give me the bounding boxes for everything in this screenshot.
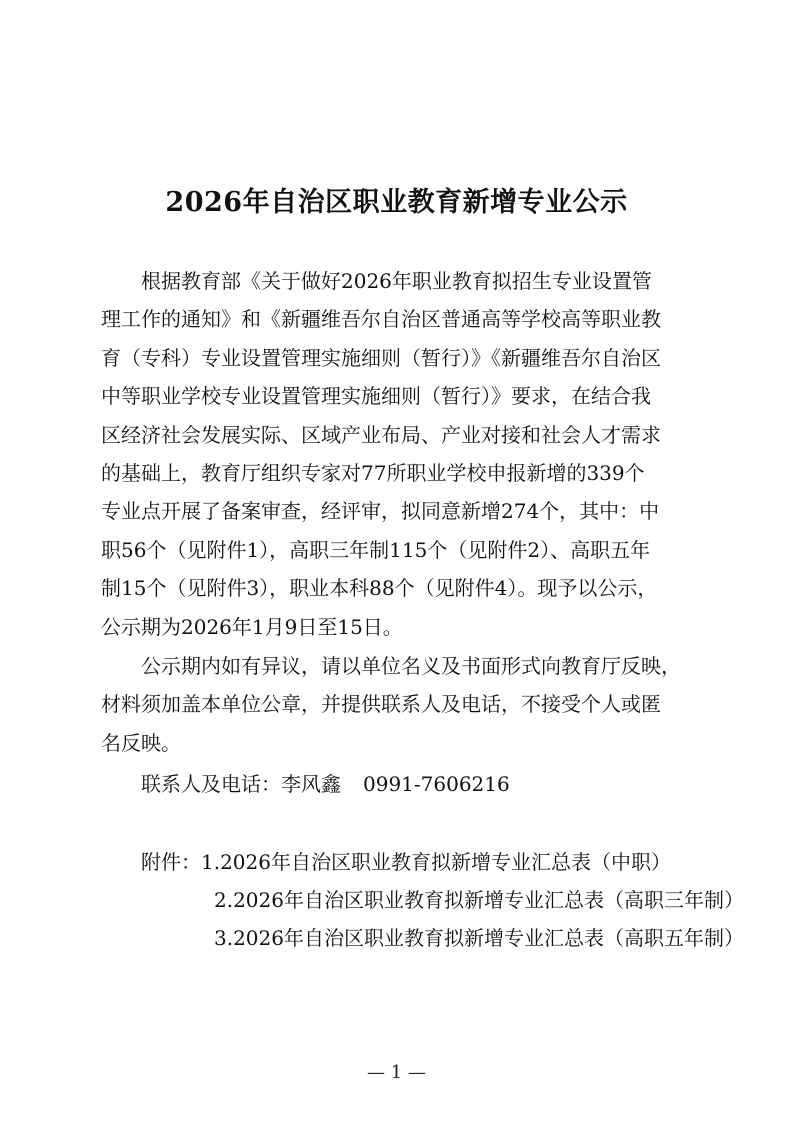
- paragraph-objection: 公示期内如有异议，请以单位名义及书面形式向教育厅反映， 材料须加盖本单位公章，并…: [101, 647, 695, 762]
- text-line: 理工作的通知》和《新疆维吾尔自治区普通高等学校高等职业教: [101, 300, 695, 338]
- text-line: 中等职业学校专业设置管理实施细则（暂行）》要求，在结合我: [101, 377, 695, 415]
- text-line: 专业点开展了备案审查，经评审，拟同意新增274个，其中：中: [101, 492, 695, 530]
- attachment-title: 1.2026年自治区职业教育拟新增专业汇总表（中职）: [201, 850, 671, 874]
- text-line: 公示期为2026年1月9日至15日。: [101, 608, 695, 646]
- text-line: 育（专科）专业设置管理实施细则（暂行）》《新疆维吾尔自治区: [101, 339, 695, 377]
- text-line: 区经济社会发展实际、区域产业布局、产业对接和社会人才需求: [101, 416, 695, 454]
- page-number: — 1 —: [0, 1062, 793, 1083]
- attachment-title: 3.2026年自治区职业教育拟新增专业汇总表（高职五年制）: [214, 926, 744, 950]
- contact-phone: 0991-7606216: [363, 772, 510, 796]
- text-line: 材料须加盖本单位公章，并提供联系人及电话，不接受个人或匿: [101, 685, 695, 723]
- text-line: 的基础上，教育厅组织专家对77所职业学校申报新增的339个: [101, 454, 695, 492]
- attachment-title: 2.2026年自治区职业教育拟新增专业汇总表（高职三年制）: [214, 888, 744, 912]
- text-line: 职56个（见附件1），高职三年制115个（见附件2）、高职五年: [101, 531, 695, 569]
- attachment-item: 附件：1.2026年自治区职业教育拟新增专业汇总表（中职）: [141, 846, 671, 875]
- paragraph-notice: 根据教育部《关于做好2026年职业教育拟招生专业设置管 理工作的通知》和《新疆维…: [101, 262, 695, 646]
- attachment-item: 3.2026年自治区职业教育拟新增专业汇总表（高职五年制）: [214, 922, 744, 951]
- attachments-label: 附件：: [141, 850, 201, 874]
- text-line: 公示期内如有异议，请以单位名义及书面形式向教育厅反映，: [101, 647, 695, 685]
- text-line: 名反映。: [101, 724, 695, 762]
- contact-label: 联系人及电话：: [141, 772, 281, 796]
- text-line: 制15个（见附件3），职业本科88个（见附件4）。现予以公示，: [101, 569, 695, 607]
- document-title: 2026年自治区职业教育新增专业公示: [0, 180, 793, 219]
- attachment-item: 2.2026年自治区职业教育拟新增专业汇总表（高职三年制）: [214, 884, 744, 913]
- text-line: 根据教育部《关于做好2026年职业教育拟招生专业设置管: [101, 262, 695, 300]
- contact-line: 联系人及电话：李风鑫0991-7606216: [141, 768, 510, 797]
- contact-name: 李风鑫: [281, 772, 341, 796]
